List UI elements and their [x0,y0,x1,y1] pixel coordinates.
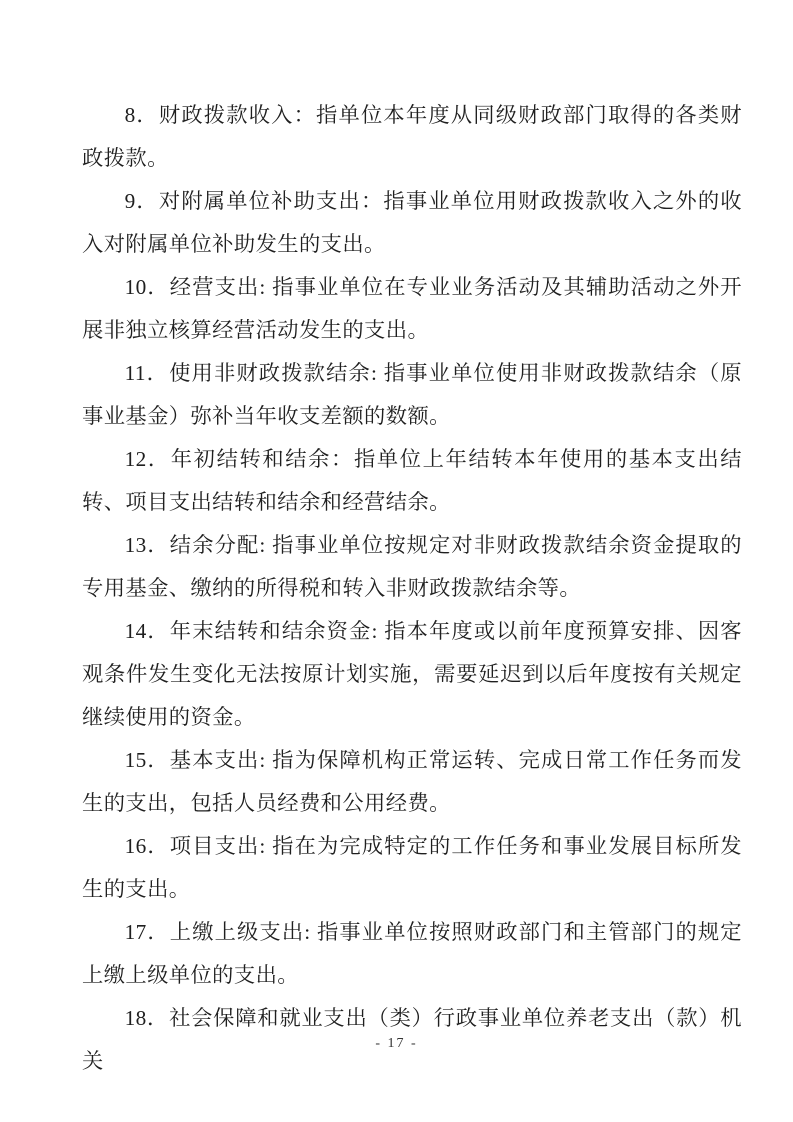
paragraph-item-12: 12．年初结转和结余：指单位上年结转本年使用的基本支出结转、项目支出结转和结余和… [82,438,742,524]
document-body: 8．财政拨款收入：指单位本年度从同级财政部门取得的各类财政拨款。 9．对附属单位… [82,94,742,1083]
paragraph-item-15: 15．基本支出: 指为保障机构正常运转、完成日常工作任务而发生的支出，包括人员经… [82,739,742,825]
paragraph-item-17: 17．上缴上级支出: 指事业单位按照财政部门和主管部门的规定上缴上级单位的支出。 [82,911,742,997]
paragraph-item-11: 11．使用非财政拨款结余: 指事业单位使用非财政拨款结余（原事业基金）弥补当年收… [82,352,742,438]
paragraph-item-9: 9．对附属单位补助支出：指事业单位用财政拨款收入之外的收入对附属单位补助发生的支… [82,180,742,266]
page-number: - 17 - [0,1034,793,1054]
paragraph-item-14: 14．年末结转和结余资金: 指本年度或以前年度预算安排、因客观条件发生变化无法按… [82,610,742,739]
document-page: 8．财政拨款收入：指单位本年度从同级财政部门取得的各类财政拨款。 9．对附属单位… [0,0,793,1122]
paragraph-item-8: 8．财政拨款收入：指单位本年度从同级财政部门取得的各类财政拨款。 [82,94,742,180]
paragraph-item-10: 10．经营支出: 指事业单位在专业业务活动及其辅助活动之外开展非独立核算经营活动… [82,266,742,352]
paragraph-item-16: 16．项目支出: 指在为完成特定的工作任务和事业发展目标所发生的支出。 [82,825,742,911]
paragraph-item-13: 13．结余分配: 指事业单位按规定对非财政拨款结余资金提取的专用基金、缴纳的所得… [82,524,742,610]
